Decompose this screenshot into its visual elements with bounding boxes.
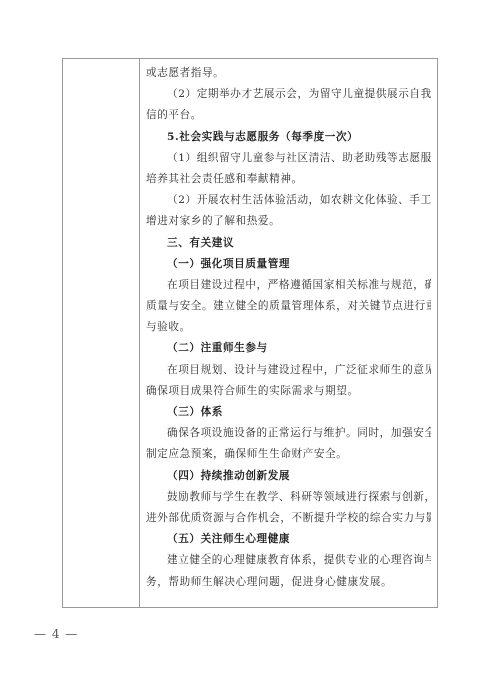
table-left-column: [63, 59, 140, 607]
text-line: 培养其社会责任感和奉献精神。: [146, 169, 431, 190]
subsection-heading: （一）强化项目质量管理: [146, 254, 431, 275]
text-line: 增进对家乡的了解和热爱。: [146, 211, 431, 232]
text-line: 确保各项设施设备的正常运行与维护。同时，加强安全管理，: [146, 423, 431, 444]
text-line: 或志愿者指导。: [146, 63, 431, 84]
subsection-heading: （四）持续推动创新发展: [146, 466, 431, 487]
document-table: 或志愿者指导。 （2）定期举办才艺展示会，为留守儿童提供展示自我、增强自 信的平…: [62, 58, 438, 608]
text-line: 建立健全的心理健康教育体系，提供专业的心理咨询与辅导服: [146, 550, 431, 571]
table-content-cell: 或志愿者指导。 （2）定期举办才艺展示会，为留守儿童提供展示自我、增强自 信的平…: [140, 59, 437, 607]
text-line: 进外部优质资源与合作机会，不断提升学校的综合实力与影响力。: [146, 508, 431, 529]
subsection-heading: （二）注重师生参与: [146, 338, 431, 359]
text-line: 质量与安全。建立健全的质量管理体系，对关键节点进行重点监控: [146, 296, 431, 317]
text-line: （2）定期举办才艺展示会，为留守儿童提供展示自我、增强自: [146, 84, 431, 105]
text-line: （1）组织留守儿童参与社区清洁、助老助残等志愿服务活动，: [146, 148, 431, 169]
text-line: 鼓励教师与学生在教学、科研等领域进行探索与创新，积极引: [146, 487, 431, 508]
subsection-heading: （三）体系: [146, 402, 431, 423]
text-line: 在项目规划、设计与建设过程中，广泛征求师生的意见与建议，: [146, 360, 431, 381]
text-line: （2）开展农村生活体验活动，如农耕文化体验、手工制作等，: [146, 190, 431, 211]
subsection-heading: （五）关注师生心理健康: [146, 529, 431, 550]
chapter-heading: 三、有关建议: [146, 233, 431, 254]
text-line: 制定应急预案，确保师生生命财产安全。: [146, 444, 431, 465]
text-line: 与验收。: [146, 317, 431, 338]
text-line: 在项目建设过程中，严格遵循国家相关标准与规范，确保工程: [146, 275, 431, 296]
scan-speck: [207, 553, 211, 554]
page-number: — 4 —: [34, 627, 78, 641]
text-line: 务，帮助师生解决心理问题，促进身心健康发展。: [146, 572, 431, 593]
text-line: 确保项目成果符合师生的实际需求与期望。: [146, 381, 431, 402]
section-heading: 5.社会实践与志愿服务（每季度一次）: [146, 127, 431, 148]
text-line: 信的平台。: [146, 105, 431, 126]
